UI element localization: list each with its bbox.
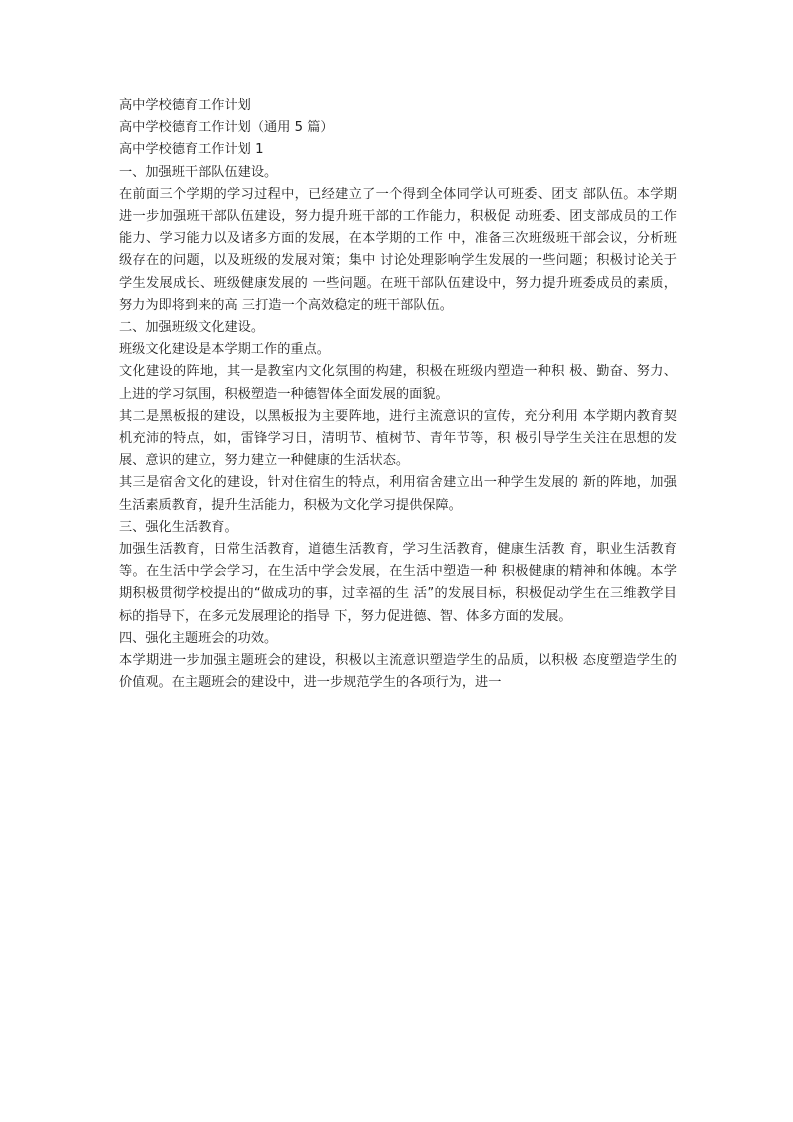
paragraph: 班级文化建设是本学期工作的重点。	[119, 339, 677, 361]
heading-2: 二、加强班级文化建设。	[119, 317, 677, 339]
paragraph: 文化建设的阵地，其一是教室内文化氛围的构建，积极在班级内塑造一种积 极、勤奋、努…	[119, 361, 677, 405]
paragraph: 本学期进一步加强主题班会的建设，积极以主流意识塑造学生的品质，以积极 态度塑造学…	[119, 650, 677, 694]
document-page: 高中学校德育工作计划 高中学校德育工作计划（通用 5 篇） 高中学校德育工作计划…	[119, 95, 677, 694]
paragraph: 其二是黑板报的建设，以黑板报为主要阵地，进行主流意识的宣传，充分利用 本学期内教…	[119, 406, 677, 473]
paragraph: 其三是宿舍文化的建设，针对住宿生的特点，利用宿舍建立出一种学生发展的 新的阵地，…	[119, 472, 677, 516]
heading-4: 四、强化主题班会的功效。	[119, 628, 677, 650]
paragraph: 在前面三个学期的学习过程中，已经建立了一个得到全体同学认可班委、团支 部队伍。本…	[119, 184, 677, 317]
heading-1: 一、加强班干部队伍建设。	[119, 162, 677, 184]
document-subtitle: 高中学校德育工作计划（通用 5 篇）	[119, 117, 677, 139]
document-title: 高中学校德育工作计划	[119, 95, 677, 117]
paragraph: 加强生活教育，日常生活教育，道德生活教育，学习生活教育，健康生活教 育，职业生活…	[119, 539, 677, 628]
heading-3: 三、强化生活教育。	[119, 517, 677, 539]
section-heading: 高中学校德育工作计划 1	[119, 139, 677, 161]
